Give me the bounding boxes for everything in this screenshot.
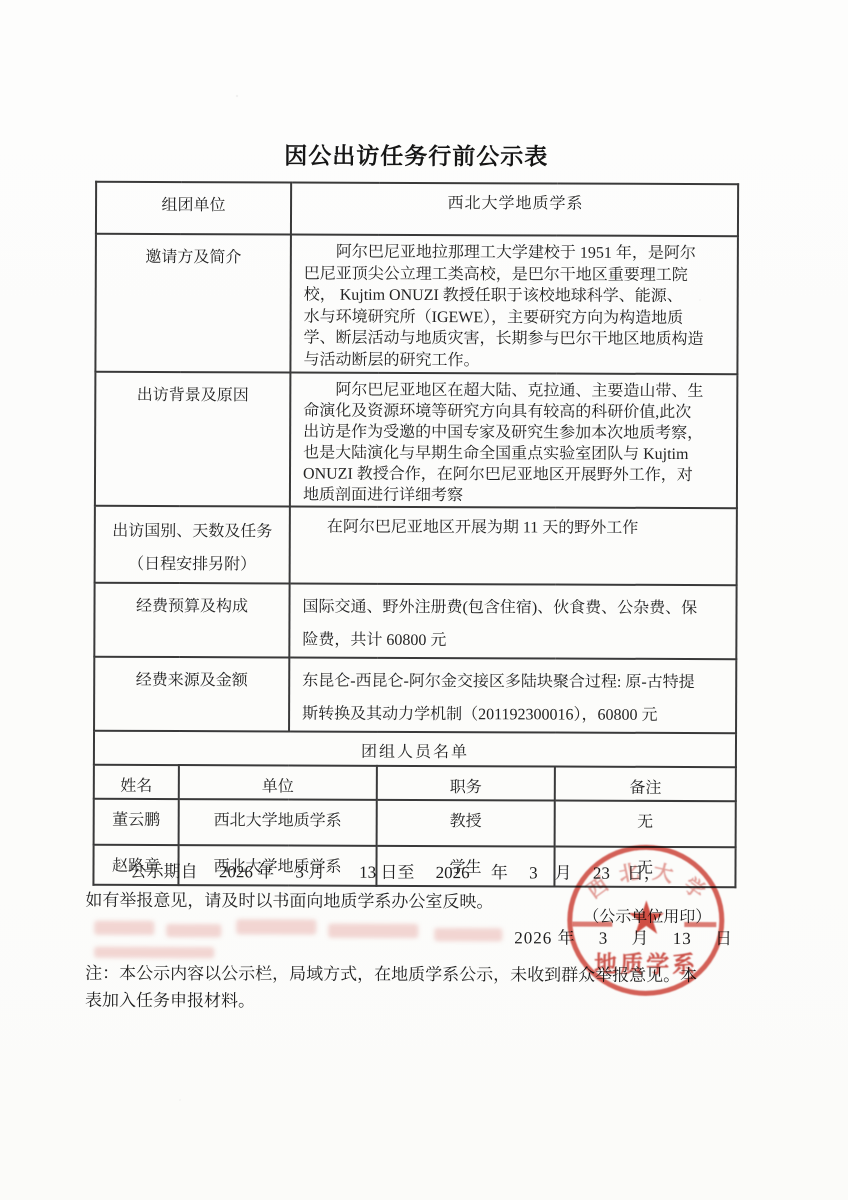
group-list-title-row: 团组人员名单 <box>94 730 736 766</box>
table-row: 组团单位 西北大学地质学系 <box>96 182 738 236</box>
funding-source-label: 经费来源及金额 <box>94 656 289 731</box>
seal-bar <box>684 922 716 927</box>
member-remark: 无 <box>555 800 736 847</box>
member-row: 董云鹏 西北大学地质学系 教授 无 <box>94 798 736 846</box>
visit-country-days-value: 在阿尔巴尼亚地区开展为期 11 天的野外工作 <box>290 506 737 585</box>
document-body: 因公出访任务行前公示表 组团单位 西北大学地质学系 邀请方及简介 阿尔巴尼亚地拉… <box>0 0 848 1200</box>
member-unit: 西北大学地质学系 <box>179 799 377 846</box>
organizer-unit-label: 组团单位 <box>96 182 291 235</box>
table-row: 邀请方及简介 阿尔巴尼亚地拉那理工大学建校于 1951 年，是阿尔 巴尼亚顶尖公… <box>95 234 738 374</box>
group-list-title: 团组人员名单 <box>94 730 736 766</box>
ink-smudge <box>94 921 154 935</box>
member-header-position: 职务 <box>377 765 555 800</box>
ink-smudge <box>236 919 316 934</box>
inviter-profile-label: 邀请方及简介 <box>95 234 291 372</box>
table-row: 经费来源及金额 东昆仑-西昆仑-阿尔金交接区多陆块聚合过程: 原-古特提 斯转换… <box>94 656 736 732</box>
member-header-name: 姓名 <box>94 764 179 798</box>
member-position: 教授 <box>377 799 555 846</box>
ink-smudge <box>328 924 418 938</box>
page-title: 因公出访任务行前公示表 <box>95 137 737 172</box>
funding-source-value: 东昆仑-西昆仑-阿尔金交接区多陆块聚合过程: 原-古特提 斯转换及其动力学机制（… <box>289 657 736 733</box>
table-row: 出访背景及原因 阿尔巴尼亚地区在超大陆、克拉通、主要造山带、生 命演化及资源环境… <box>95 371 738 507</box>
table-row: 经费预算及构成 国际交通、野外注册费(包含住宿)、伙食费、公杂费、保 险费，共计… <box>94 582 736 658</box>
seal-bottom-text: 地质学系 <box>564 946 728 980</box>
visit-background-label: 出访背景及原因 <box>95 371 291 506</box>
member-header-unit: 单位 <box>179 765 377 800</box>
inviter-profile-value: 阿尔巴尼亚地拉那理工大学建校于 1951 年，是阿尔 巴尼亚顶尖公立理工类高校，… <box>290 234 738 373</box>
budget-composition-value: 国际交通、野外注册费(包含住宿)、伙食费、公杂费、保 险费，共计 60800 元 <box>289 583 736 659</box>
official-seal: 西 北 大 学 ★ 地质学系 <box>564 842 729 1001</box>
visit-country-days-label: 出访国别、天数及任务 （日程安排另附） <box>95 505 290 583</box>
seal-bar <box>572 922 612 927</box>
member-header-remark: 备注 <box>555 766 736 801</box>
ink-smudge <box>94 947 214 958</box>
ink-smudge <box>166 924 221 937</box>
ink-smudge <box>434 928 502 941</box>
budget-composition-label: 经费预算及构成 <box>94 582 289 657</box>
visit-background-value: 阿尔巴尼亚地区在超大陆、克拉通、主要造山带、生 命演化及资源环境等研究方向具有较… <box>290 372 738 508</box>
table-row: 出访国别、天数及任务 （日程安排另附） 在阿尔巴尼亚地区开展为期 11 天的野外… <box>95 505 737 584</box>
member-name: 董云鹏 <box>94 798 179 844</box>
organizer-unit-value: 西北大学地质学系 <box>291 182 738 236</box>
main-table: 组团单位 西北大学地质学系 邀请方及简介 阿尔巴尼亚地拉那理工大学建校于 195… <box>92 181 739 888</box>
star-icon: ★ <box>626 891 667 945</box>
members-header-row: 姓名 单位 职务 备注 <box>94 764 736 800</box>
scanned-page: 因公出访任务行前公示表 组团单位 西北大学地质学系 邀请方及简介 阿尔巴尼亚地拉… <box>0 0 848 1200</box>
